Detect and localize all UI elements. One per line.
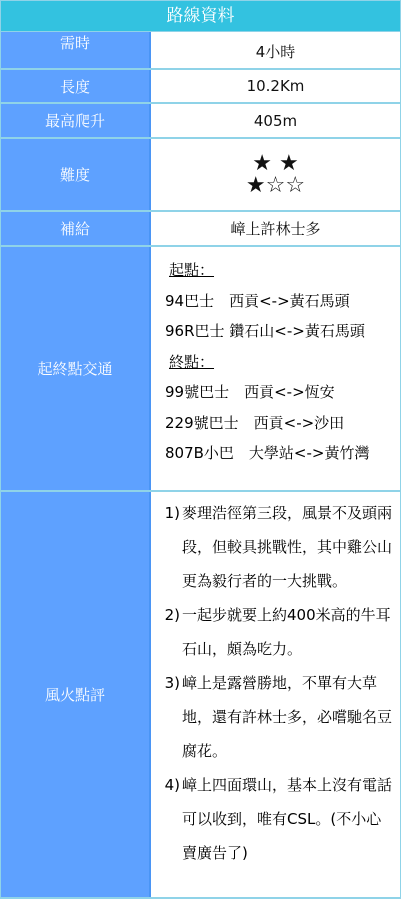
row-duration: 需時 4小時 [1,32,400,70]
end-route: 807B小巴 大學站<->黃竹灣 [165,438,400,469]
row-supply: 補給 嶂上許林士多 [1,212,400,247]
comment-text: 嶂上四面環山，基本上沒有電話可以收到，唯有CSL。(不小心賣廣告了) [182,768,394,870]
comment-item: 4) 嶂上四面環山，基本上沒有電話可以收到，唯有CSL。(不小心賣廣告了) [159,768,394,870]
start-heading: 起點： [165,255,400,286]
label-length: 長度 [1,70,151,102]
comment-number: 3) [159,666,182,768]
label-supply: 補給 [1,212,151,245]
label-comments: 風火點評 [1,492,151,897]
route-info-table: 路線資料 需時 4小時 長度 10.2Km 最高爬升 405m 難度 ★ ★ ★… [0,0,401,899]
start-route: 96R巴士 鑽石山<->黃石馬頭 [165,316,400,347]
row-length: 長度 10.2Km [1,70,400,104]
end-route: 99號巴士 西貢<->恆安 [165,377,400,408]
label-climb: 最高爬升 [1,104,151,137]
label-duration: 需時 [1,32,151,68]
label-difficulty: 難度 [1,139,151,210]
comment-number: 4) [159,768,182,870]
table-title: 路線資料 [1,1,400,32]
row-difficulty: 難度 ★ ★ ★☆☆ [1,139,400,212]
star-rating: ★ ★ ★☆☆ [246,153,305,197]
star-icons-row1: ★ ★ [252,153,298,175]
comment-number: 1) [159,496,182,598]
comment-item: 3) 嶂上是露營勝地，不單有大草地，還有許林士多，必嚐馳名豆腐花。 [159,666,394,768]
start-route: 94巴士 西貢<->黃石馬頭 [165,286,400,317]
comment-text: 一起步就要上約400米高的牛耳石山，頗為吃力。 [182,598,394,666]
value-supply: 嶂上許林士多 [151,212,400,245]
label-transport: 起終點交通 [1,247,151,490]
row-transport: 起終點交通 起點： 94巴士 西貢<->黃石馬頭 96R巴士 鑽石山<->黃石馬… [1,247,400,492]
end-route: 229號巴士 西貢<->沙田 [165,408,400,439]
value-length: 10.2Km [151,70,400,102]
row-climb: 最高爬升 405m [1,104,400,139]
comment-text: 嶂上是露營勝地，不單有大草地，還有許林士多，必嚐馳名豆腐花。 [182,666,394,768]
value-duration: 4小時 [151,32,400,68]
comment-number: 2) [159,598,182,666]
comments-list: 1) 麥理浩徑第三段，風景不及頭兩段，但較具挑戰性，其中雞公山更為毅行者的一大挑… [151,492,400,897]
row-comments: 風火點評 1) 麥理浩徑第三段，風景不及頭兩段，但較具挑戰性，其中雞公山更為毅行… [1,492,400,897]
comment-item: 1) 麥理浩徑第三段，風景不及頭兩段，但較具挑戰性，其中雞公山更為毅行者的一大挑… [159,496,394,598]
end-heading: 終點： [165,347,400,378]
value-climb: 405m [151,104,400,137]
comment-item: 2) 一起步就要上約400米高的牛耳石山，頗為吃力。 [159,598,394,666]
value-difficulty: ★ ★ ★☆☆ [151,139,400,210]
comment-text: 麥理浩徑第三段，風景不及頭兩段，但較具挑戰性，其中雞公山更為毅行者的一大挑戰。 [182,496,394,598]
transport-list: 起點： 94巴士 西貢<->黃石馬頭 96R巴士 鑽石山<->黃石馬頭 終點： … [151,247,400,490]
star-icons-row2: ★☆☆ [246,175,305,197]
